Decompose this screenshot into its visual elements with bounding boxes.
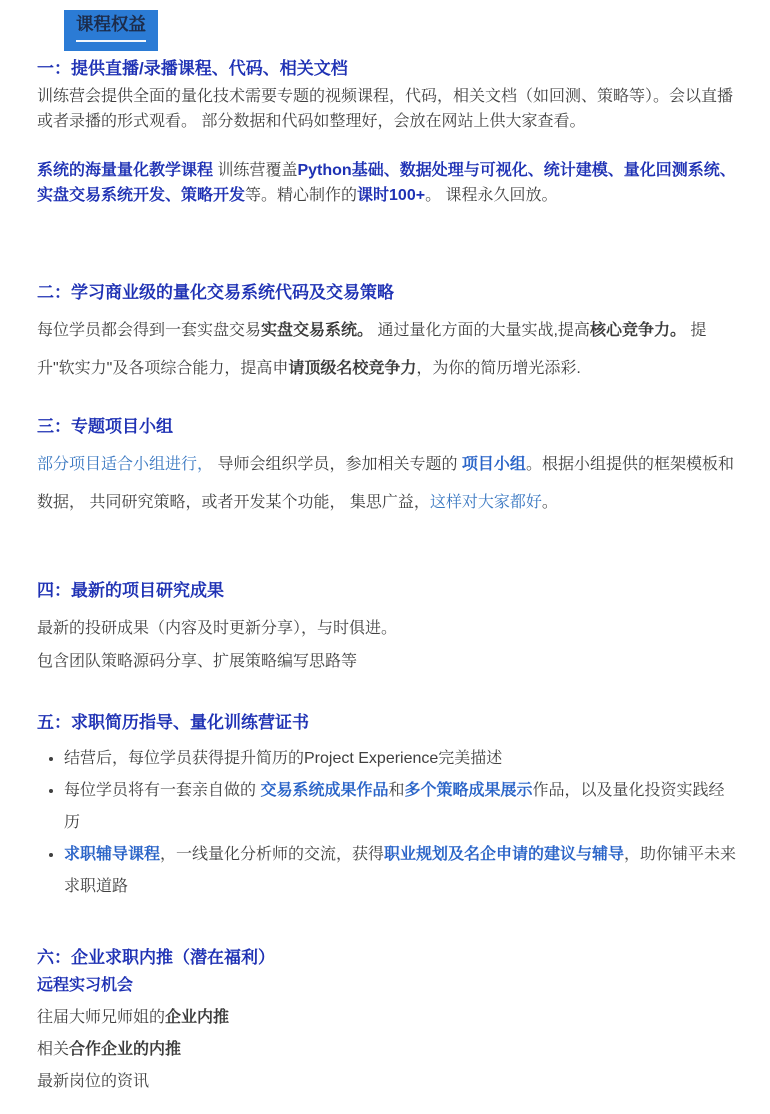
text-run: 结营后，每位学员获得提升简历的Project Experience完美描述 [64, 750, 502, 767]
text-run: 训练营覆盖 [213, 162, 297, 179]
text-run: 和 [388, 782, 404, 799]
emphasis-text: 多个策略成果展示 [404, 782, 532, 799]
section-heading: 四：最新的项目研究成果 [37, 580, 738, 603]
text-run: 最新的投研成果（内容及时更新分享），与时俱进。 [37, 620, 397, 637]
bullet-item: 每位学员将有一套亲自做的 交易系统成果作品和多个策略成果展示作品，以及量化投资实… [64, 775, 738, 839]
emphasis-text: 实盘交易系统。 [261, 322, 373, 339]
section-three: 三：专题项目小组部分项目适合小组进行， 导师会组织学员，参加相关专题的 项目小组… [37, 416, 738, 522]
emphasis-text: 职业规划及名企申请的建议与辅导 [384, 846, 624, 863]
paragraph: 最新岗位的资讯 [37, 1066, 738, 1098]
emphasis-text: 课时100+ [357, 187, 425, 204]
text-run: 。 [542, 494, 558, 511]
emphasis-text: 项目小组 [462, 456, 526, 473]
paragraph: 训练营会提供全面的量化技术需要专题的视频课程，代码，相关文档（如回测、策略等）。… [37, 84, 738, 134]
section-one: 一：提供直播/录播课程、代码、相关文档训练营会提供全面的量化技术需要专题的视频课… [37, 58, 738, 208]
badge-label: 课程权益 [76, 15, 146, 42]
text-run: ，为你的简历增光添彩. [416, 360, 580, 377]
text-run: 每位学员都会得到一套实盘交易 [37, 322, 261, 339]
text-run: 往届大师兄师姐的 [37, 1009, 165, 1026]
text-run: 包含团队策略源码分享、扩展策略编写思路等 [37, 653, 357, 670]
emphasis-text: 请顶级名校竞争力 [288, 360, 416, 377]
section-five: 五：求职简历指导、量化训练营证书结营后，每位学员获得提升简历的Project E… [37, 712, 738, 903]
bullet-item: 求职辅导课程，一线量化分析师的交流，获得职业规划及名企申请的建议与辅导，助你铺平… [64, 839, 738, 903]
bullet-list: 结营后，每位学员获得提升简历的Project Experience完美描述每位学… [37, 743, 738, 903]
paragraph: 部分项目适合小组进行， 导师会组织学员，参加相关专题的 项目小组。根据小组提供的… [37, 446, 738, 522]
paragraph: 系统的海量量化教学课程 训练营覆盖Python基础、数据处理与可视化、统计建模、… [37, 158, 738, 208]
text-run: 每位学员将有一套亲自做的 [64, 782, 260, 799]
emphasis-text: 这样对大家都好 [430, 494, 542, 511]
emphasis-text: 部分项目适合小组进行， [37, 456, 213, 473]
text-run: 训练营会提供全面的量化技术需要专题的视频课程，代码，相关文档（如回测、策略等）。… [37, 88, 733, 130]
text-run: 相关 [37, 1041, 69, 1058]
content: 一：提供直播/录播课程、代码、相关文档训练营会提供全面的量化技术需要专题的视频课… [37, 58, 738, 1098]
text-run: 。 课程永久回放。 [425, 187, 557, 204]
emphasis-text: 企业内推 [165, 1009, 229, 1026]
paragraph: 往届大师兄师姐的企业内推 [37, 1002, 738, 1034]
paragraph: 最新的投研成果（内容及时更新分享），与时俱进。 [37, 616, 738, 641]
text-run: 等。精心制作的 [245, 187, 357, 204]
text-run: 导师会组织学员，参加相关专题的 [213, 456, 462, 473]
paragraph: 远程实习机会 [37, 970, 738, 1002]
text-run: 最新岗位的资讯 [37, 1073, 149, 1090]
emphasis-text: 求职辅导课程 [64, 846, 160, 863]
section-two: 二：学习商业级的量化交易系统代码及交易策略每位学员都会得到一套实盘交易实盘交易系… [37, 282, 738, 388]
text-run: ，一线量化分析师的交流，获得 [160, 846, 384, 863]
paragraph: 包含团队策略源码分享、扩展策略编写思路等 [37, 649, 738, 674]
emphasis-text: 交易系统成果作品 [260, 782, 388, 799]
section-heading: 二：学习商业级的量化交易系统代码及交易策略 [37, 282, 738, 305]
emphasis-text: 合作企业的内推 [69, 1041, 181, 1058]
emphasis-text: 远程实习机会 [37, 977, 133, 994]
emphasis-text: 核心竞争力。 [590, 322, 686, 339]
document-page: 课程权益 一：提供直播/录播课程、代码、相关文档训练营会提供全面的量化技术需要专… [0, 0, 770, 1114]
paragraph: 每位学员都会得到一套实盘交易实盘交易系统。 通过量化方面的大量实战,提高核心竞争… [37, 312, 738, 388]
bullet-item: 结营后，每位学员获得提升简历的Project Experience完美描述 [64, 743, 738, 775]
section-heading: 五：求职简历指导、量化训练营证书 [37, 712, 738, 735]
section-heading: 三：专题项目小组 [37, 416, 738, 439]
text-run: 通过量化方面的大量实战,提高 [373, 322, 590, 339]
course-benefits-badge: 课程权益 [64, 10, 158, 51]
paragraph: 相关合作企业的内推 [37, 1034, 738, 1066]
section-heading: 一：提供直播/录播课程、代码、相关文档 [37, 58, 738, 81]
section-six: 六：企业求职内推（潜在福利）远程实习机会往届大师兄师姐的企业内推相关合作企业的内… [37, 947, 738, 1098]
emphasis-text: 系统的海量量化教学课程 [37, 162, 213, 179]
section-heading: 六：企业求职内推（潜在福利） [37, 947, 738, 970]
section-four: 四：最新的项目研究成果最新的投研成果（内容及时更新分享），与时俱进。包含团队策略… [37, 580, 738, 674]
